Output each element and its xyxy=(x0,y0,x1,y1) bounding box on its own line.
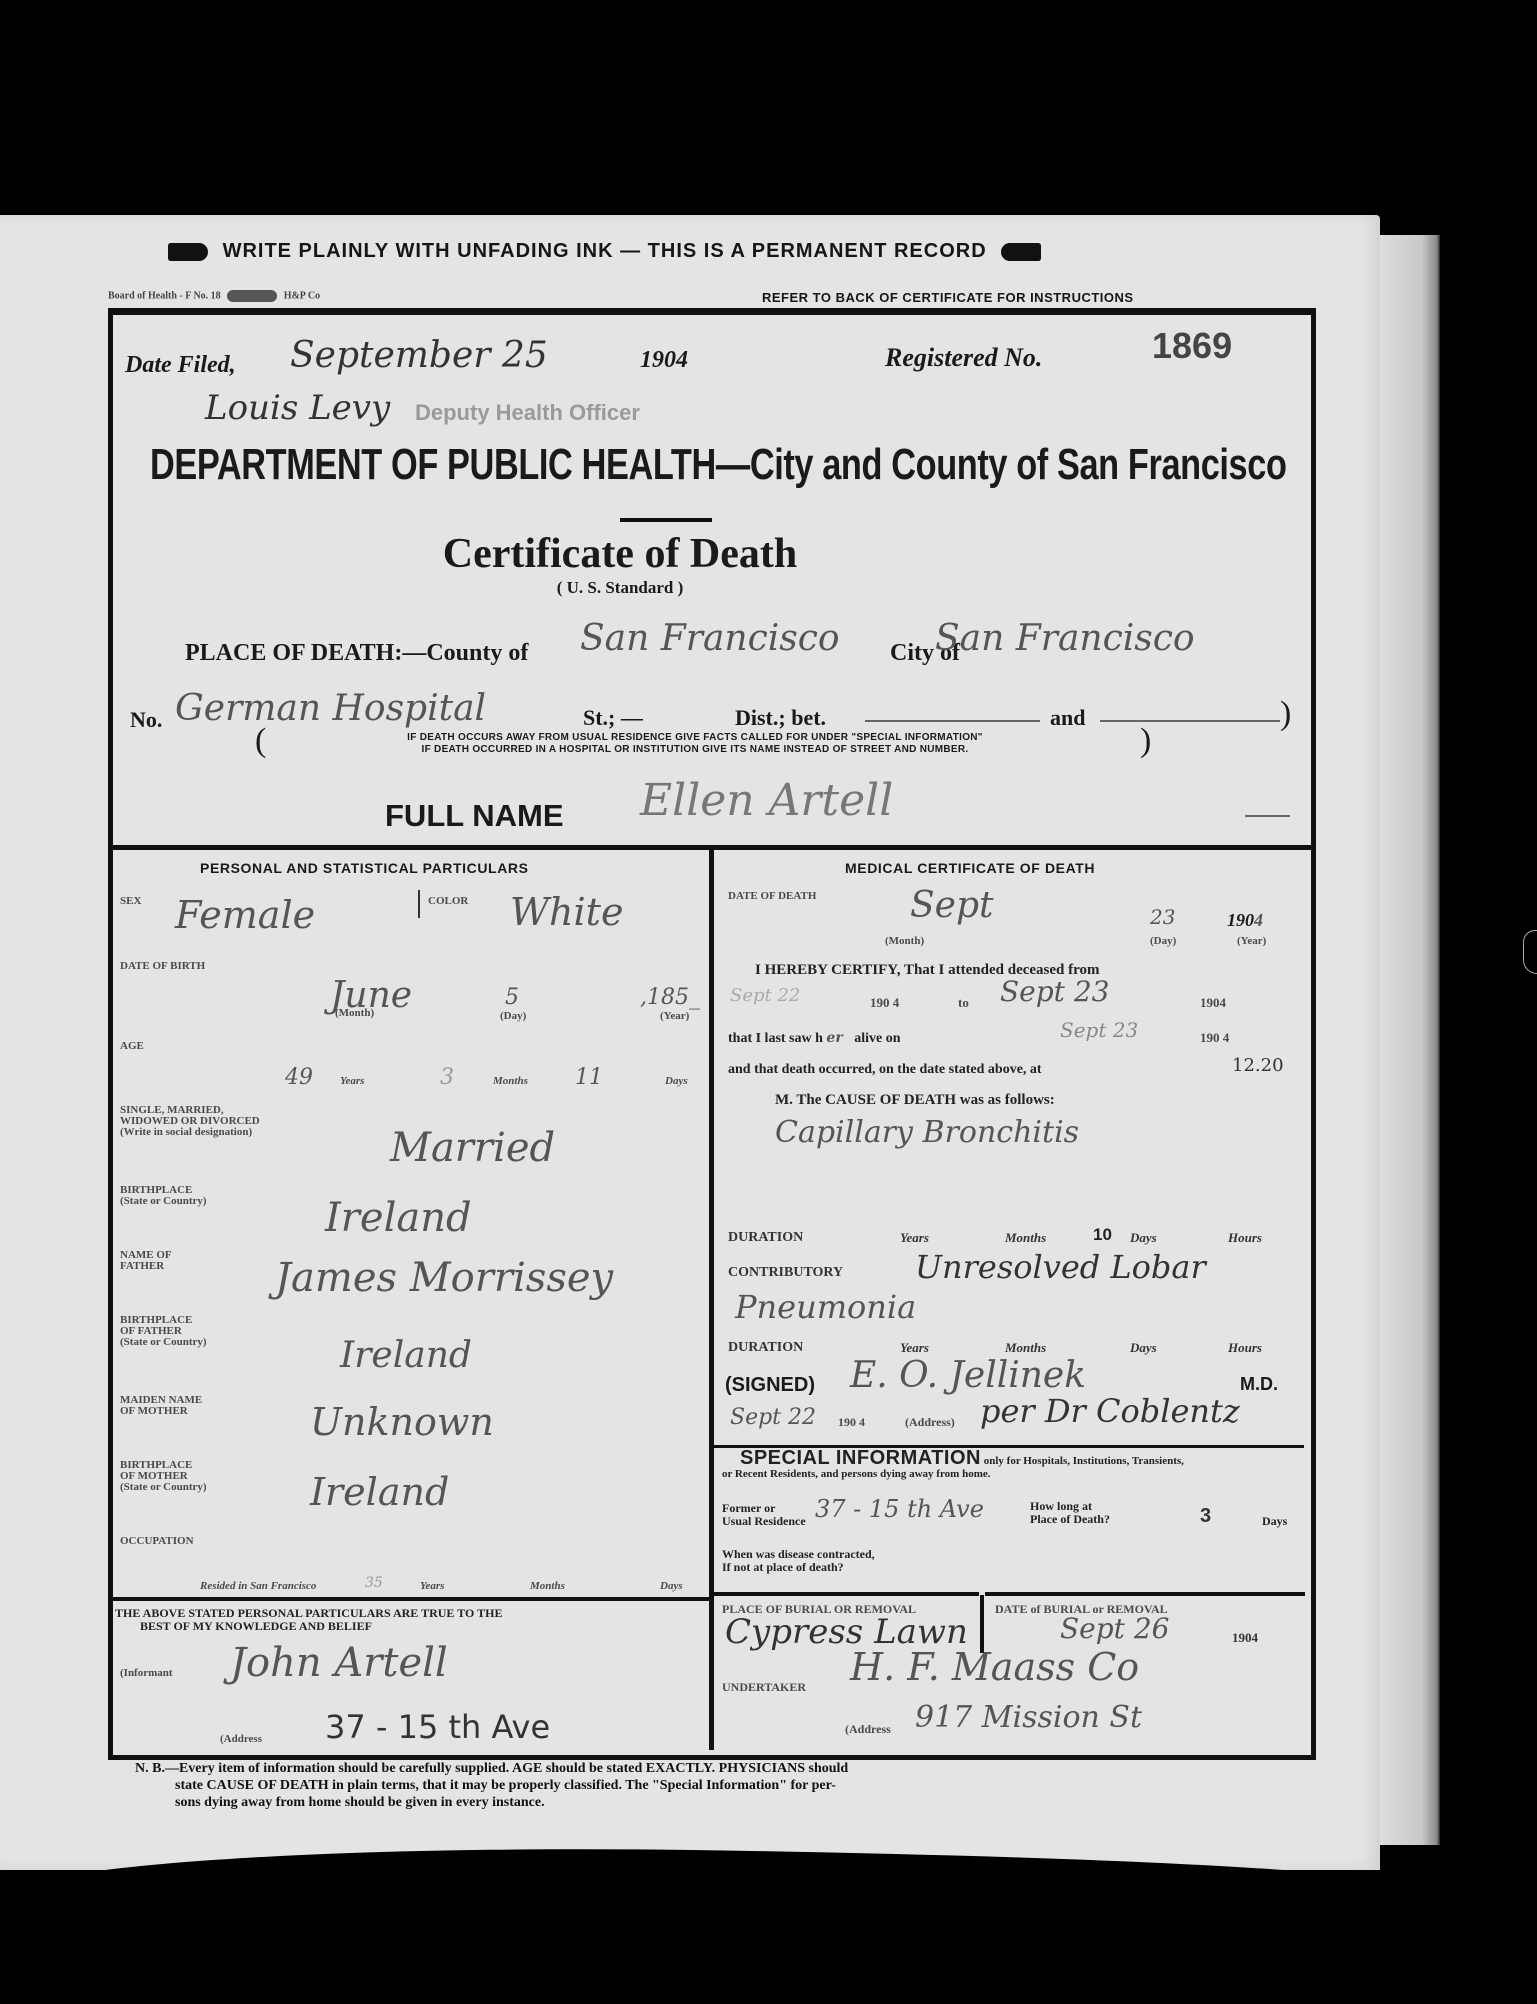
resided-years-label: Years xyxy=(420,1580,444,1592)
personal-heading: PERSONAL AND STATISTICAL PARTICULARS xyxy=(200,860,529,876)
how-long-label-2: Place of Death? xyxy=(1030,1513,1110,1526)
birthplace-value: Ireland xyxy=(325,1195,472,1241)
undertaker-label: UNDERTAKER xyxy=(722,1680,806,1695)
mother-name-value: Unknown xyxy=(310,1400,494,1444)
sex-color-separator xyxy=(418,890,420,918)
back-page-edge xyxy=(1380,235,1440,1845)
duration2-days-label: Days xyxy=(1130,1340,1157,1356)
pointing-hand-icon xyxy=(1001,243,1041,261)
instr-close-paren: ) xyxy=(1140,722,1151,760)
and-blank xyxy=(1100,720,1280,722)
how-long-value: 3 xyxy=(1200,1505,1211,1528)
residence-label: Former or Usual Residence xyxy=(722,1502,806,1528)
title-rule xyxy=(620,518,712,522)
department-title: DEPARTMENT OF PUBLIC HEALTH—City and Cou… xyxy=(150,440,1287,490)
registered-no-value: 1869 xyxy=(1152,325,1232,367)
mother-birthplace-label: BIRTHPLACE OF MOTHER (State or Country) xyxy=(120,1460,207,1493)
duration2-hours-label: Hours xyxy=(1228,1340,1262,1356)
margin-mark xyxy=(1523,930,1537,974)
father-name-value: James Morrissey xyxy=(275,1255,613,1301)
mother-name-label: MAIDEN NAME OF MOTHER xyxy=(120,1395,202,1417)
contracted-label-2: If not at place of death? xyxy=(722,1561,875,1574)
how-long-label: How long at Place of Death? xyxy=(1030,1500,1110,1526)
contracted-label: When was disease contracted, If not at p… xyxy=(722,1548,875,1574)
cause-value: Capillary Bronchitis xyxy=(775,1115,1079,1150)
informant-label: (Informant xyxy=(120,1667,173,1679)
dob-day-caption: (Day) xyxy=(500,1010,526,1022)
footnote-line-1: N. B.—Every item of information should b… xyxy=(135,1761,848,1776)
duration-days-value: 10 xyxy=(1093,1225,1112,1245)
burial-divider-left xyxy=(714,1592,979,1596)
color-value: White xyxy=(510,890,623,934)
instruction-line-2: IF DEATH OCCURRED IN A HOSPITAL OR INSTI… xyxy=(255,744,1135,756)
signed-year: 190 4 xyxy=(838,1415,865,1430)
residence-label-2: Usual Residence xyxy=(722,1515,806,1528)
burial-divider-right xyxy=(985,1592,1305,1596)
undertaker-address-value: 917 Mission St xyxy=(915,1700,1142,1735)
street-label: St.; — xyxy=(583,705,643,731)
duration2-years-label: Years xyxy=(900,1340,929,1356)
dob-year: ,185_ xyxy=(640,985,700,1010)
instruction-line-1: IF DEATH OCCURS AWAY FROM USUAL RESIDENC… xyxy=(255,732,1135,744)
cause-label: M. The CAUSE OF DEATH was as follows: xyxy=(775,1092,1055,1109)
refer-instructions: REFER TO BACK OF CERTIFICATE FOR INSTRUC… xyxy=(762,290,1134,305)
form-number: Board of Health - F No. 18 xyxy=(108,290,221,301)
contributory-label: CONTRIBUTORY xyxy=(728,1265,843,1281)
street-no-value: German Hospital xyxy=(175,688,486,729)
burial-date-value: Sept 26 xyxy=(1060,1612,1169,1645)
last-saw-date: Sept 23 xyxy=(1060,1018,1138,1042)
place-instructions: IF DEATH OCCURS AWAY FROM USUAL RESIDENC… xyxy=(255,732,1135,756)
mother-birthplace-value: Ireland xyxy=(310,1470,449,1514)
informant-statement-2: BEST OF MY KNOWLEDGE AND BELIEF xyxy=(115,1620,502,1633)
contributory-value-2: Pneumonia xyxy=(735,1288,916,1326)
special-heading: SPECIAL INFORMATION xyxy=(740,1447,981,1469)
last-saw-pronoun: er xyxy=(826,1030,842,1046)
resided-years: 35 xyxy=(365,1575,383,1591)
burial-date-year: 1904 xyxy=(1232,1630,1258,1646)
column-divider xyxy=(709,847,714,1750)
residence-value: 37 - 15 th Ave xyxy=(815,1495,984,1523)
mother-label-2: OF MOTHER xyxy=(120,1406,202,1417)
footnote-line-3: sons dying away from home should be give… xyxy=(135,1794,1215,1811)
dob-year-caption: (Year) xyxy=(660,1010,689,1022)
date-filed-value: September 25 xyxy=(290,335,548,376)
printer-name: H&P Co xyxy=(284,290,320,301)
alive-on-label: alive on xyxy=(854,1031,900,1046)
dob-label: DATE OF BIRTH xyxy=(120,960,205,972)
age-years-label: Years xyxy=(340,1075,364,1087)
printer-seal-icon xyxy=(227,290,277,302)
dod-month-caption: (Month) xyxy=(885,935,924,947)
dob-month-caption: (Month) xyxy=(335,1007,374,1019)
duration-days-label: Days xyxy=(1130,1230,1157,1246)
informant-address-label: (Address xyxy=(220,1733,262,1745)
time-of-death: 12.20 xyxy=(1232,1055,1284,1076)
sex-value: Female xyxy=(175,893,315,937)
informant-divider xyxy=(113,1597,709,1601)
special-note-1: only for Hospitals, Institutions, Transi… xyxy=(984,1455,1184,1467)
duration-years-label: Years xyxy=(900,1230,929,1246)
age-label: AGE xyxy=(120,1040,144,1052)
dod-label: DATE OF DEATH xyxy=(728,890,816,902)
special-heading-block: SPECIAL INFORMATION only for Hospitals, … xyxy=(740,1452,1300,1481)
attended-from-year: 190 4 xyxy=(870,995,899,1011)
age-days: 11 xyxy=(575,1065,603,1090)
sex-label: SEX xyxy=(120,895,141,907)
undertaker-address-label: (Address xyxy=(845,1722,891,1737)
duration2-label: DURATION xyxy=(728,1340,803,1356)
signed-value: E. O. Jellinek xyxy=(850,1355,1086,1396)
age-months-label: Months xyxy=(493,1075,528,1087)
to-label: to xyxy=(958,995,969,1011)
color-label: COLOR xyxy=(428,895,468,907)
how-long-unit: Days xyxy=(1262,1514,1287,1529)
medical-heading: MEDICAL CERTIFICATE OF DEATH xyxy=(845,860,1095,876)
district-blank xyxy=(865,720,1040,722)
marital-label-3: (Write in social designation) xyxy=(120,1127,260,1138)
md-label: M.D. xyxy=(1240,1374,1278,1395)
medical-address-label: (Address) xyxy=(905,1415,955,1430)
county-value: San Francisco xyxy=(580,618,840,659)
informant-address: 37 - 15 th Ave xyxy=(325,1708,550,1746)
resided-months-label: Months xyxy=(530,1580,565,1592)
publisher-note: Board of Health - F No. 18 H&P Co xyxy=(108,290,320,302)
marital-label: SINGLE, MARRIED, WIDOWED OR DIVORCED (Wr… xyxy=(120,1105,260,1138)
dod-month: Sept xyxy=(910,885,993,926)
resided-label: Resided in San Francisco xyxy=(200,1580,316,1592)
birthplace-label: BIRTHPLACE (State or Country) xyxy=(120,1185,207,1207)
date-filed-year: 1904 xyxy=(640,347,688,374)
attended-to-year: 1904 xyxy=(1200,995,1226,1011)
duration2-months-label: Months xyxy=(1005,1340,1046,1356)
date-filed-label: Date Filed, xyxy=(125,352,236,379)
street-no-label: No. xyxy=(130,707,162,733)
medical-address-value: per Dr Coblentz xyxy=(980,1392,1240,1430)
dod-year-suffix: 4 xyxy=(1254,910,1263,930)
banner-text: WRITE PLAINLY WITH UNFADING INK — THIS I… xyxy=(223,240,987,262)
registered-no-label: Registered No. xyxy=(885,343,1042,373)
birthplace-label-2: (State or Country) xyxy=(120,1196,207,1207)
informant-name: John Artell xyxy=(230,1640,448,1686)
mother-bp-label-3: (State or Country) xyxy=(120,1482,207,1493)
father-bp-label-3: (State or Country) xyxy=(120,1337,207,1348)
permanent-record-banner: WRITE PLAINLY WITH UNFADING INK — THIS I… xyxy=(160,240,1260,263)
duration-hours-label: Hours xyxy=(1228,1230,1262,1246)
attended-from: Sept 22 xyxy=(730,985,800,1006)
city-value: San Francisco xyxy=(935,618,1195,659)
special-note-2: or Recent Residents, and persons dying a… xyxy=(722,1468,991,1480)
footnote: N. B.—Every item of information should b… xyxy=(135,1760,1215,1811)
dod-year-caption: (Year) xyxy=(1237,935,1266,947)
certificate-standard: ( U. S. Standard ) xyxy=(0,578,1240,598)
dod-year: 1904 xyxy=(1227,910,1263,931)
father-birthplace-label: BIRTHPLACE OF FATHER (State or Country) xyxy=(120,1315,207,1348)
duration-months-label: Months xyxy=(1005,1230,1046,1246)
and-label: and xyxy=(1050,705,1085,731)
officer-title: Deputy Health Officer xyxy=(415,400,640,426)
dod-day: 23 xyxy=(1150,905,1175,929)
district-label: Dist.; bet. xyxy=(735,705,826,731)
dod-year-prefix: 190 xyxy=(1227,910,1254,930)
age-days-label: Days xyxy=(665,1075,688,1087)
occurred-text: and that death occurred, on the date sta… xyxy=(728,1062,1042,1078)
name-blank xyxy=(1245,815,1290,817)
occupation-label: OCCUPATION xyxy=(120,1535,194,1547)
place-of-death-label: PLACE OF DEATH:—County of xyxy=(185,640,528,667)
signed-label: (SIGNED) xyxy=(725,1374,815,1397)
last-saw-label: that I last saw h xyxy=(728,1031,823,1046)
last-saw-text: that I last saw h er alive on xyxy=(728,1030,900,1047)
attended-to: Sept 23 xyxy=(1000,975,1109,1008)
undertaker-value: H. F. Maass Co xyxy=(850,1645,1139,1689)
dod-day-caption: (Day) xyxy=(1150,935,1176,947)
close-paren: ) xyxy=(1280,695,1291,733)
full-name-label: FULL NAME xyxy=(385,798,564,834)
footnote-line-2: state CAUSE OF DEATH in plain terms, tha… xyxy=(135,1777,1215,1794)
pointing-hand-icon xyxy=(168,243,208,261)
certificate-title: Certificate of Death xyxy=(0,530,1240,578)
officer-signature: Louis Levy xyxy=(205,388,390,428)
duration-label: DURATION xyxy=(728,1230,803,1246)
last-saw-year: 190 4 xyxy=(1200,1030,1229,1046)
full-name-value: Ellen Artell xyxy=(640,775,893,826)
contributory-value-1: Unresolved Lobar xyxy=(915,1248,1206,1286)
signed-date: Sept 22 xyxy=(730,1405,816,1430)
age-months: 3 xyxy=(440,1065,454,1090)
marital-value: Married xyxy=(390,1125,555,1171)
dob-day: 5 xyxy=(505,985,519,1010)
informant-statement: THE ABOVE STATED PERSONAL PARTICULARS AR… xyxy=(115,1607,502,1633)
age-years: 49 xyxy=(285,1065,313,1090)
father-birthplace-value: Ireland xyxy=(340,1335,472,1376)
resided-days-label: Days xyxy=(660,1580,683,1592)
father-name-label: NAME OF FATHER xyxy=(120,1250,172,1272)
father-label-2: FATHER xyxy=(120,1261,172,1272)
